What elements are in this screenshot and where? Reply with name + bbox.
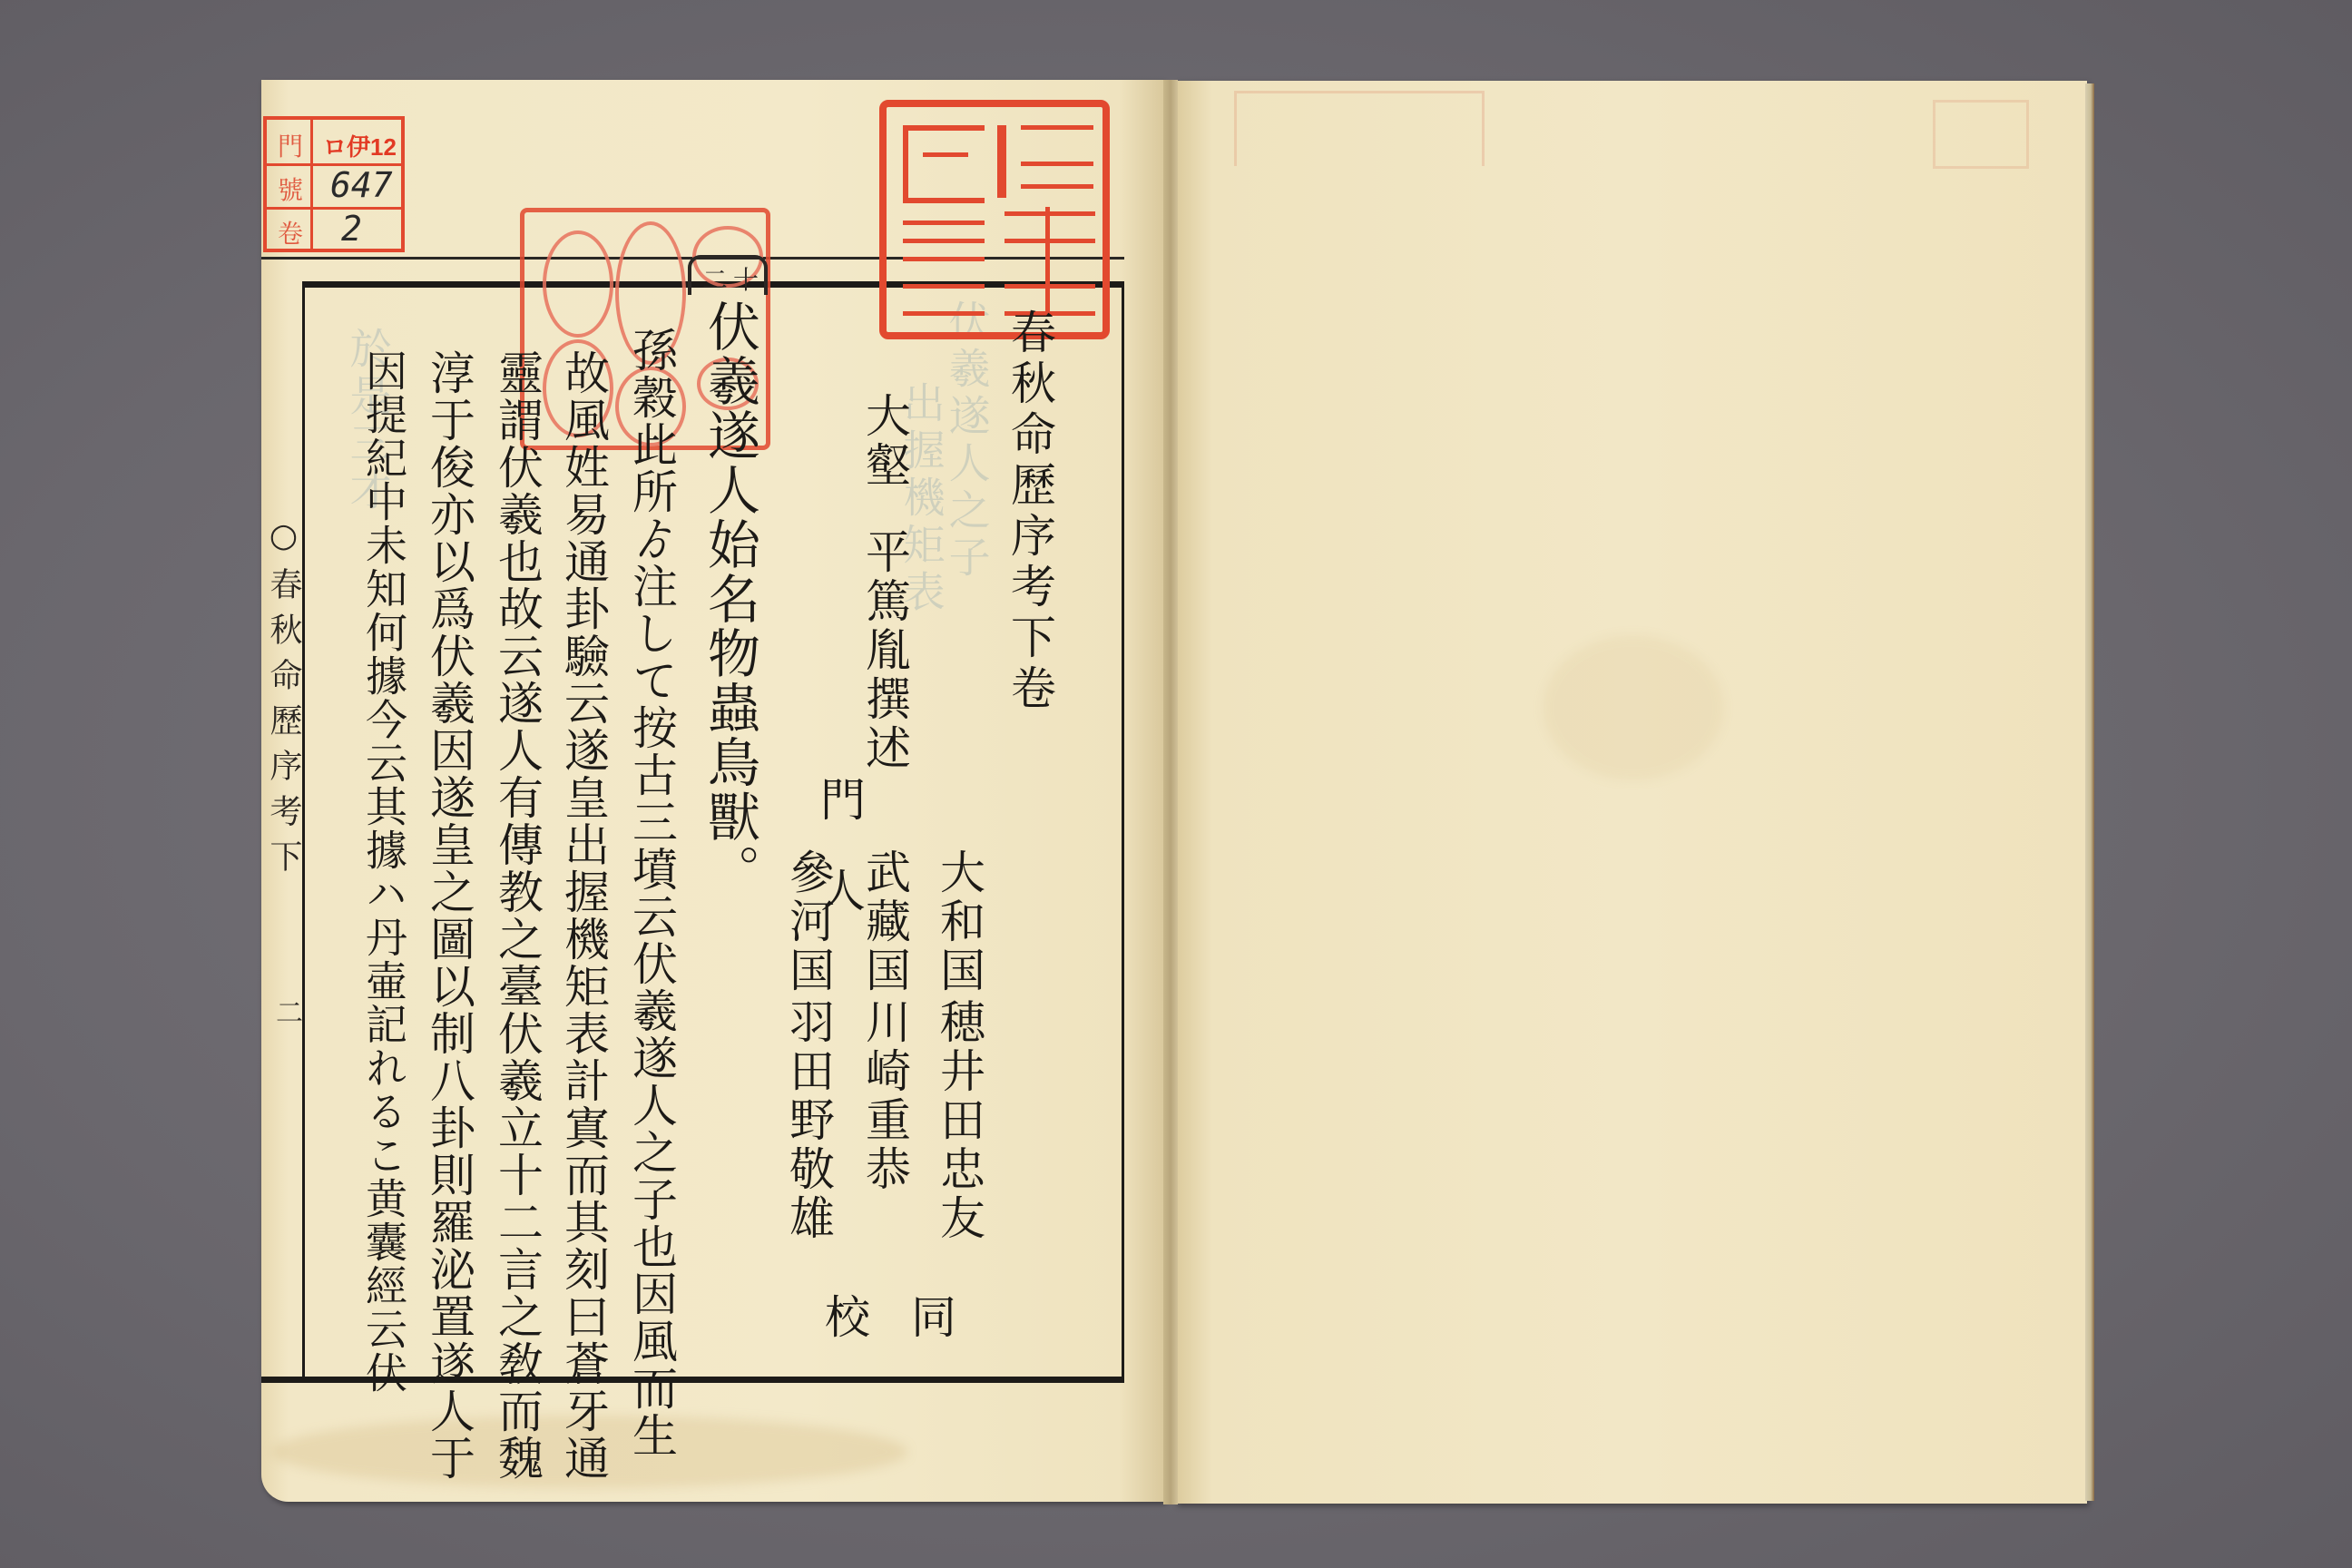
section-heading: 伏羲遂人始名物蟲鳥獸。 bbox=[703, 299, 756, 898]
disciple-3-name: 羽田野敬雄 bbox=[786, 998, 831, 1243]
book-title: 春秋命歷序考下卷 bbox=[1007, 309, 1053, 715]
disciple-3-role: 校 bbox=[821, 1293, 867, 1342]
body-column-5: 因提紀中未知何據今云其據ハ丹壷記れるこ黄囊經云伏 bbox=[363, 349, 405, 1395]
disciple-1-name: 穂井田忠友 bbox=[936, 998, 982, 1243]
seal-offset-ghost bbox=[1234, 91, 1485, 166]
body-column-1: 孫穀此所ゟ注して按古三墳云伏羲遂人之子也因風而生 bbox=[629, 327, 674, 1459]
call-label-number: 號 bbox=[278, 171, 303, 207]
seal-offset-ghost-2 bbox=[1933, 100, 2029, 169]
call-number-value: 647 bbox=[330, 165, 393, 205]
disciple-3-province: 參河国 bbox=[786, 848, 831, 995]
call-number-seal: 門 號 卷 ロ伊12 647 2 bbox=[263, 116, 405, 252]
call-code: ロ伊12 bbox=[323, 129, 397, 162]
page-stack-edge bbox=[2085, 83, 2094, 1501]
page-number: 二 bbox=[272, 998, 299, 1038]
section-number: 二十 bbox=[702, 260, 764, 297]
disciple-2-name: 川崎重恭 bbox=[862, 998, 907, 1194]
paper-stain bbox=[1543, 635, 1724, 780]
right-page bbox=[1176, 81, 2087, 1504]
author-prefix: 大壑 bbox=[862, 392, 907, 490]
call-volume-value: 2 bbox=[341, 209, 362, 249]
disciple-1-role: 同 bbox=[907, 1293, 953, 1342]
margin-title: ○春秋命歷序考下 bbox=[267, 517, 299, 885]
disciple-2-province: 武藏国 bbox=[862, 848, 907, 995]
call-label-category: 門 bbox=[278, 127, 303, 163]
call-label-volume: 卷 bbox=[278, 214, 303, 250]
library-square-seal bbox=[879, 100, 1110, 339]
disciple-1-province: 大和国 bbox=[936, 848, 982, 995]
book-gutter bbox=[1163, 80, 1178, 1504]
body-column-4: 淳于俊亦以爲伏羲因遂皇之圖以制八卦則羅泌置遂人于 bbox=[426, 349, 472, 1482]
body-column-3: 靈謂伏羲也故云遂人有傳教之臺伏羲立十二言之敎而魏 bbox=[495, 349, 540, 1482]
body-column-2: 故風姓易通卦驗云遂皇出握機矩表計寘而其刻曰蒼牙通 bbox=[561, 349, 606, 1482]
author-name: 平篤胤撰述 bbox=[862, 528, 907, 773]
section-number-box: 二十 bbox=[688, 255, 768, 295]
